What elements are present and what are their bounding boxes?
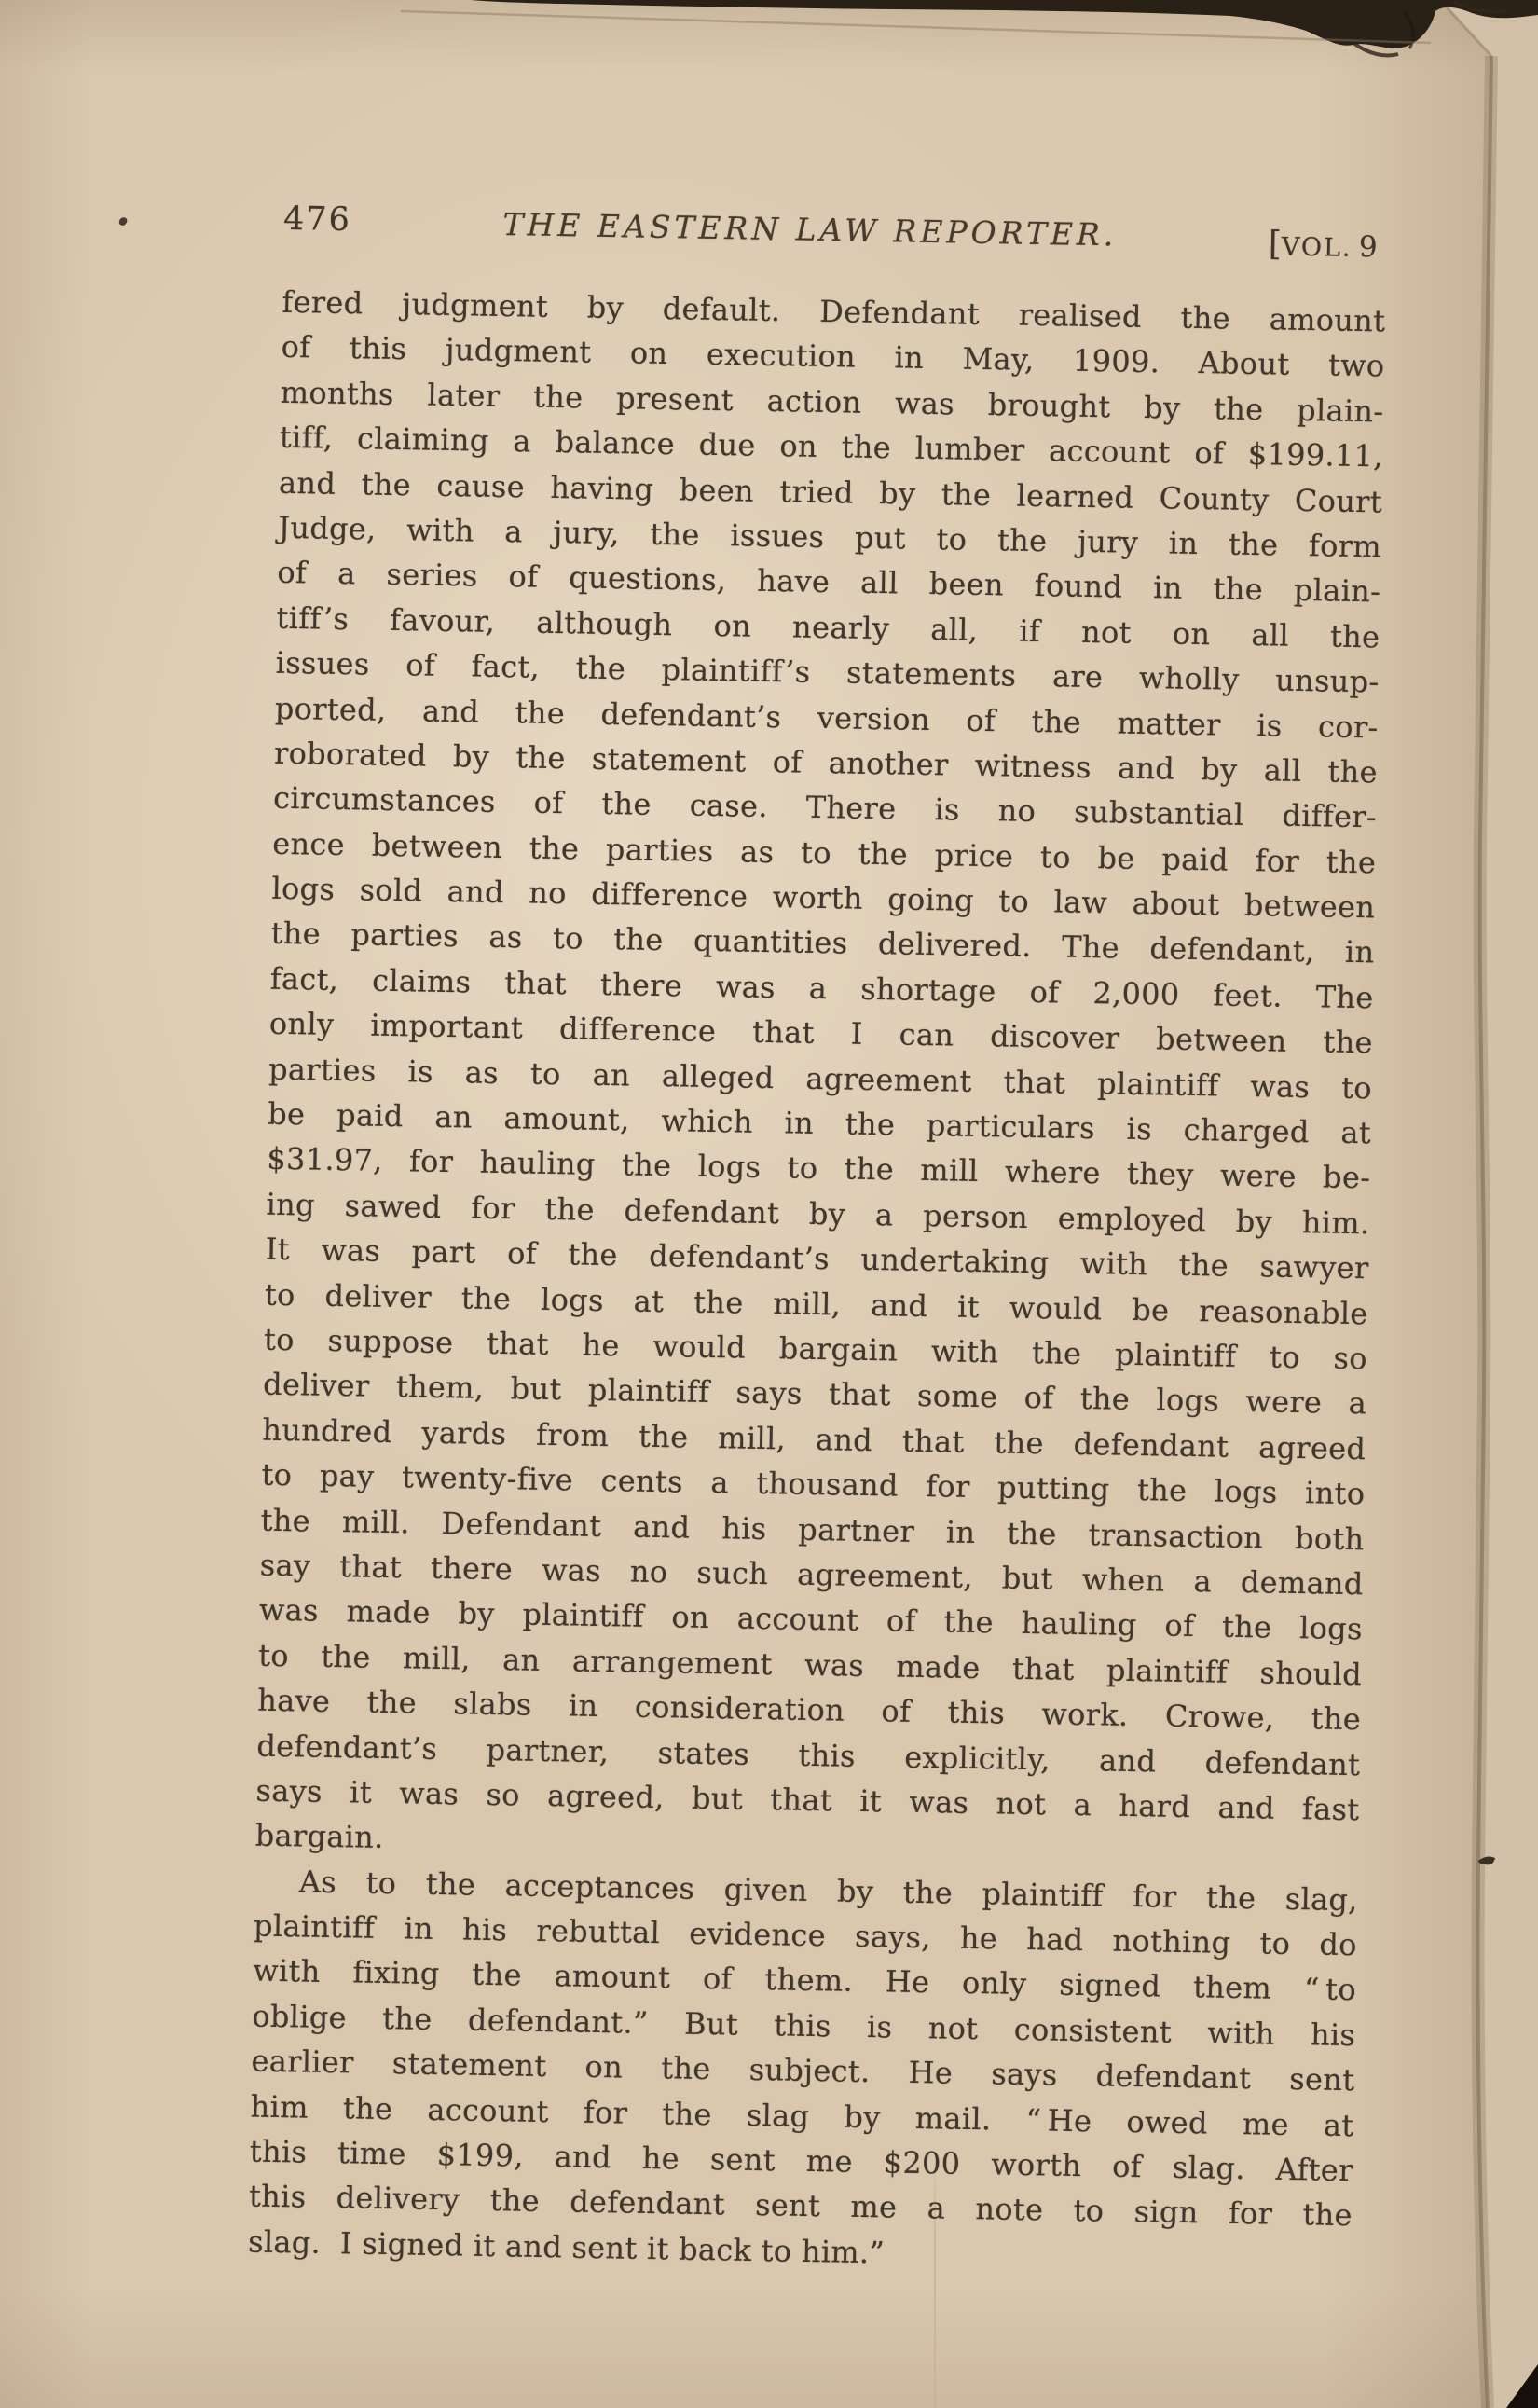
page-number: 476 [283,200,351,239]
printed-text-block: 476 THE EASTERN LAW REPORTER. [VOL. 9 fe… [248,200,1387,2284]
volume-label: [VOL. 9 [1269,225,1388,265]
running-title: THE EASTERN LAW REPORTER. [350,203,1269,255]
ink-speck [118,216,129,227]
body-text: feredjudgmentbydefault.Defendantrealised… [248,280,1386,2284]
top-binding-shadow [0,0,1538,65]
page-fore-edge [1398,0,1538,2408]
scanned-book-page: 476 THE EASTERN LAW REPORTER. [VOL. 9 fe… [0,0,1538,2408]
running-header: 476 THE EASTERN LAW REPORTER. [VOL. 9 [282,200,1387,271]
volume-bracket: [ [1269,225,1283,263]
